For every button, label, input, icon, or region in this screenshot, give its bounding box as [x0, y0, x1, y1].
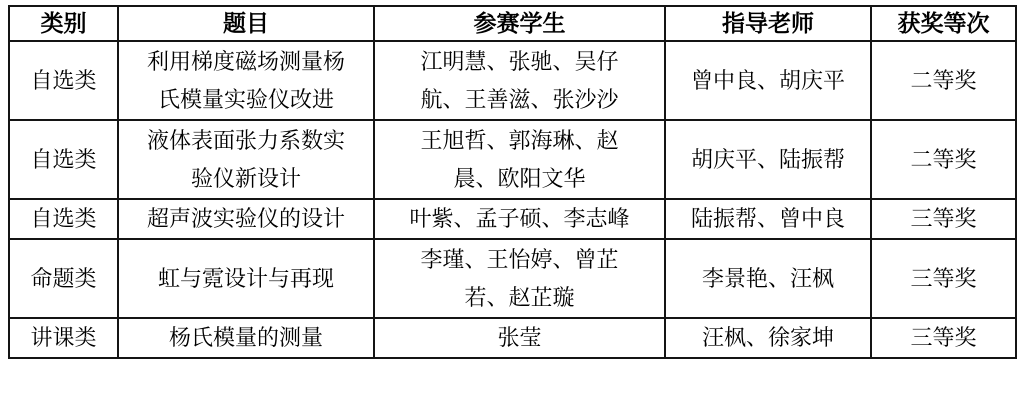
- col-header-title: 题目: [118, 6, 374, 41]
- cell-category: 自选类: [9, 199, 118, 239]
- cell-category: 命题类: [9, 239, 118, 318]
- cell-teachers: 胡庆平、陆振帮: [665, 120, 871, 199]
- table-row: 自选类 液体表面张力系数实 验仪新设计 王旭哲、郭海琳、赵 晨、欧阳文华 胡庆平…: [9, 120, 1016, 199]
- cell-title: 杨氏模量的测量: [118, 318, 374, 358]
- col-header-award: 获奖等次: [871, 6, 1016, 41]
- cell-award: 三等奖: [871, 318, 1016, 358]
- cell-teachers: 陆振帮、曾中良: [665, 199, 871, 239]
- cell-award: 三等奖: [871, 199, 1016, 239]
- cell-title: 利用梯度磁场测量杨 氏模量实验仪改进: [118, 41, 374, 120]
- awards-table: 类别 题目 参赛学生 指导老师 获奖等次 自选类 利用梯度磁场测量杨 氏模量实验…: [8, 5, 1017, 359]
- table-row: 自选类 超声波实验仪的设计 叶紫、孟子硕、李志峰 陆振帮、曾中良 三等奖: [9, 199, 1016, 239]
- cell-students: 叶紫、孟子硕、李志峰: [374, 199, 665, 239]
- col-header-category: 类别: [9, 6, 118, 41]
- cell-teachers: 曾中良、胡庆平: [665, 41, 871, 120]
- table-row: 自选类 利用梯度磁场测量杨 氏模量实验仪改进 江明慧、张驰、吴仔 航、王善滋、张…: [9, 41, 1016, 120]
- cell-title: 液体表面张力系数实 验仪新设计: [118, 120, 374, 199]
- cell-students: 张莹: [374, 318, 665, 358]
- col-header-students: 参赛学生: [374, 6, 665, 41]
- document-page: 类别 题目 参赛学生 指导老师 获奖等次 自选类 利用梯度磁场测量杨 氏模量实验…: [0, 0, 1024, 412]
- cell-title: 虹与霓设计与再现: [118, 239, 374, 318]
- cell-category: 自选类: [9, 120, 118, 199]
- col-header-teachers: 指导老师: [665, 6, 871, 41]
- cell-category: 讲课类: [9, 318, 118, 358]
- cell-award: 三等奖: [871, 239, 1016, 318]
- cell-teachers: 汪枫、徐家坤: [665, 318, 871, 358]
- cell-category: 自选类: [9, 41, 118, 120]
- cell-students: 王旭哲、郭海琳、赵 晨、欧阳文华: [374, 120, 665, 199]
- cell-teachers: 李景艳、汪枫: [665, 239, 871, 318]
- cell-title: 超声波实验仪的设计: [118, 199, 374, 239]
- cell-students: 李瑾、王怡婷、曾芷 若、赵芷璇: [374, 239, 665, 318]
- table-row: 命题类 虹与霓设计与再现 李瑾、王怡婷、曾芷 若、赵芷璇 李景艳、汪枫 三等奖: [9, 239, 1016, 318]
- cell-award: 二等奖: [871, 41, 1016, 120]
- table-row: 讲课类 杨氏模量的测量 张莹 汪枫、徐家坤 三等奖: [9, 318, 1016, 358]
- header-row: 类别 题目 参赛学生 指导老师 获奖等次: [9, 6, 1016, 41]
- cell-students: 江明慧、张驰、吴仔 航、王善滋、张沙沙: [374, 41, 665, 120]
- cell-award: 二等奖: [871, 120, 1016, 199]
